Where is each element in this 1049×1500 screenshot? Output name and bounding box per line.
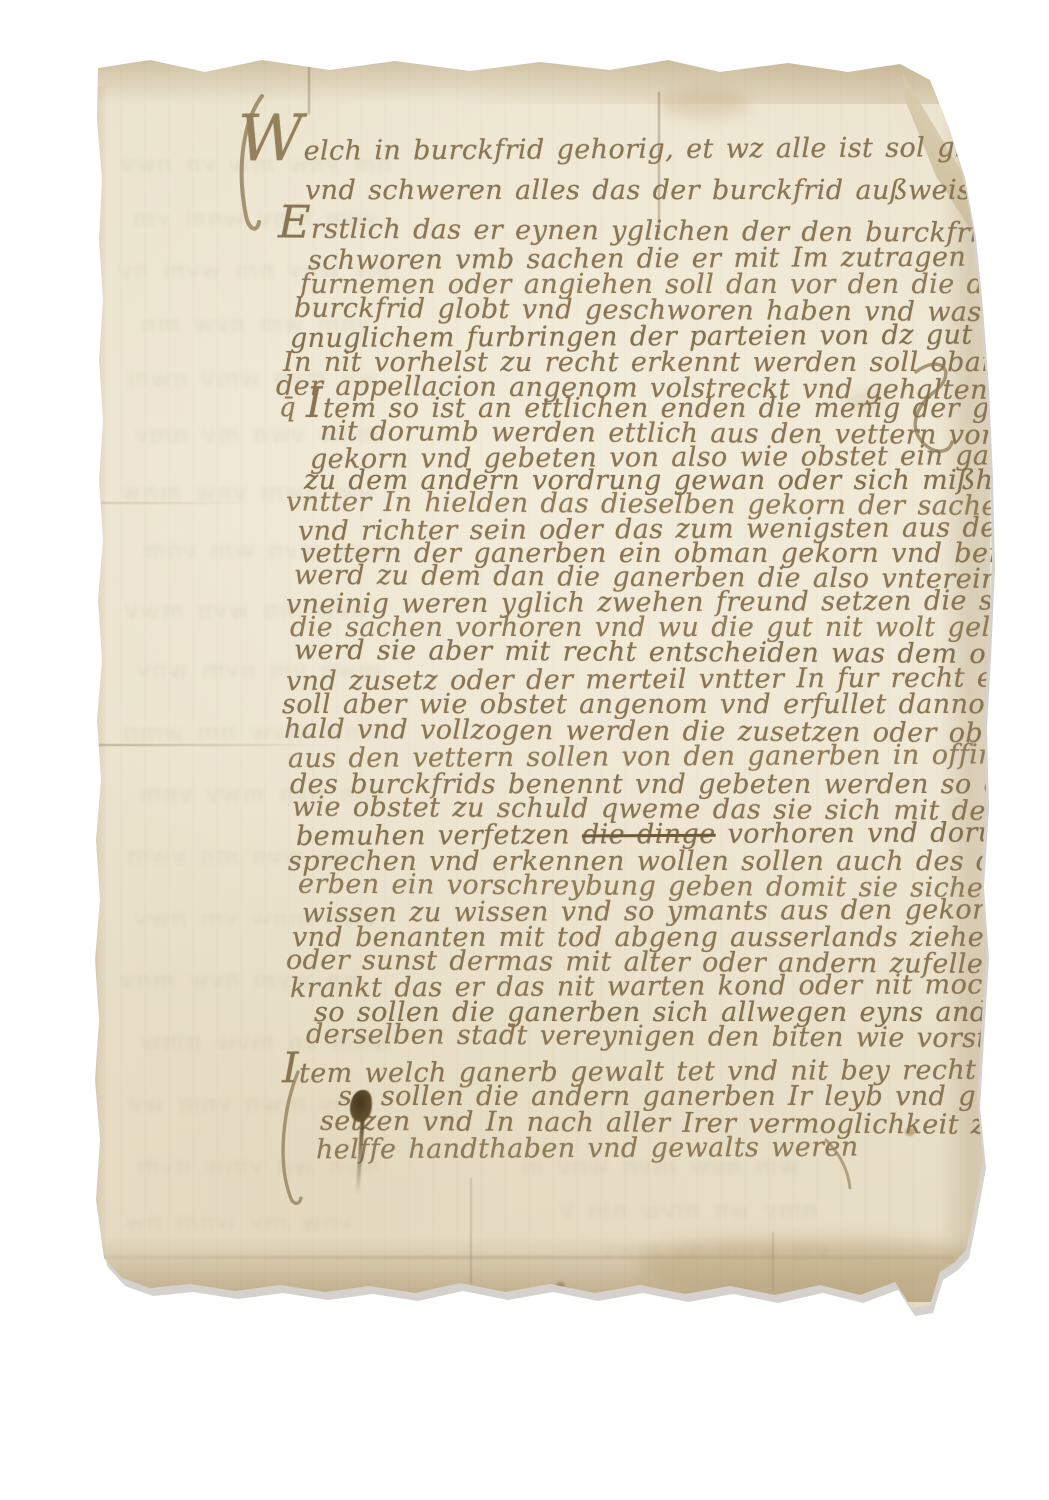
manuscript-line: Welch in burckfrid gehorig, et wz alle i… — [238, 132, 1033, 167]
manuscript-photo: nm vnw mw vn nwvwvn mnv wnm vmmv wnv nm … — [0, 0, 1049, 1500]
manuscript-line: helffe handthaben vnd gewalts weren — [316, 1132, 859, 1166]
manuscript-line: derselben stadt vereynigen den biten wie… — [306, 1019, 1016, 1054]
manuscript-line: q̄ — [279, 393, 296, 423]
manuscript-line: vnd schweren alles das der burckfrid auß… — [305, 175, 1049, 206]
handwritten-text-block: Welch in burckfrid gehorig, et wz alle i… — [0, 0, 1049, 1500]
manuscript-page: nm vnw mw vn nwvwvn mnv wnm vmmv wnv nm … — [0, 0, 1049, 1500]
